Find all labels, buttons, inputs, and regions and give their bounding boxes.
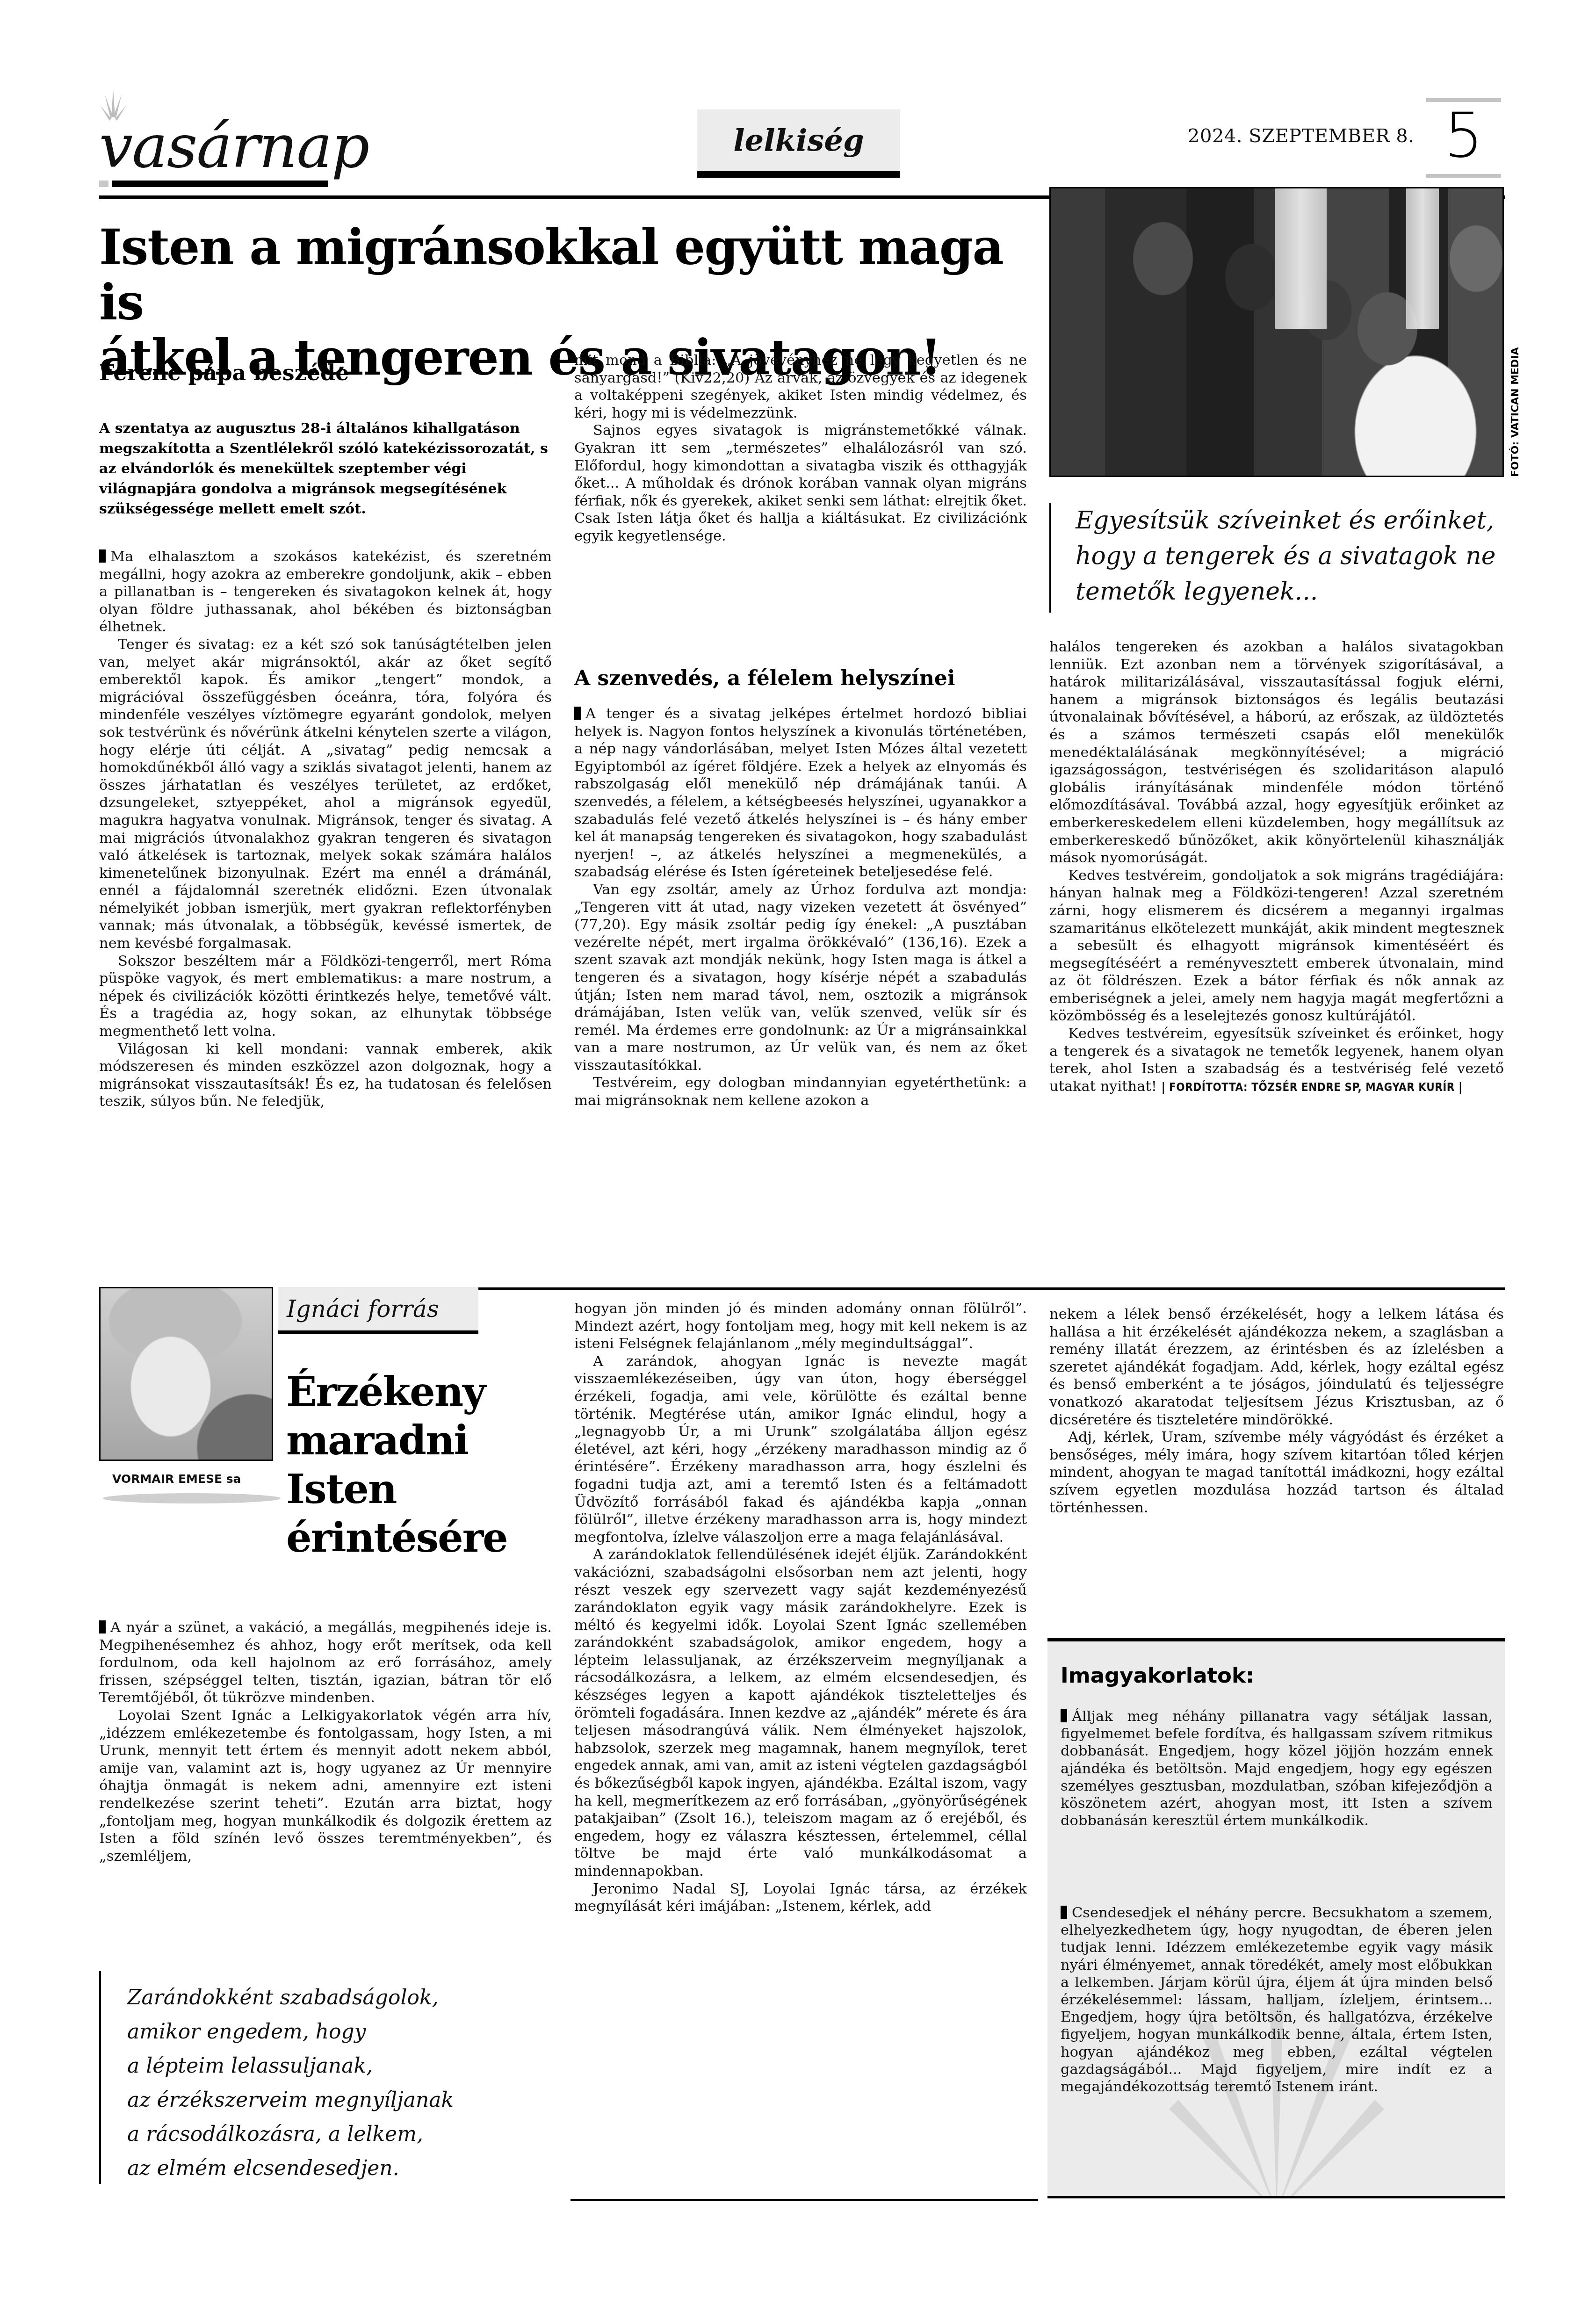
body-paragraph: A nyár a szünet, a vakáció, a megállás, … (99, 1619, 552, 1707)
translator-credit: | FORDÍTOTTA: TŐZSÉR ENDRE SP, MAGYAR KU… (1162, 1081, 1463, 1094)
prayer-exercises-box: Imagyakorlatok: Álljak meg néhány pillan… (1047, 1638, 1505, 2198)
body-paragraph: Világosan ki kell mondani: vannak embere… (99, 1041, 552, 1111)
page-number: 5 (1426, 105, 1501, 166)
body-paragraph: A tenger és a sivatag jelképes értelmet … (574, 705, 1027, 881)
column-bottom-rule (571, 2199, 1038, 2201)
column-label-text: Ignáci forrás (287, 1295, 439, 1323)
headline-line-1: Isten a migránsokkal együtt maga is (99, 218, 1003, 331)
page-number-box: 5 (1426, 98, 1501, 178)
body-paragraph: Adj, kérlek, Uram, szívembe mély vágyódá… (1049, 1429, 1504, 1517)
body-paragraph: Sajnos egyes sivatagok is migránstemetők… (574, 422, 1027, 545)
author-name-shadow (103, 1493, 281, 1503)
pull-quote-line: a rácsodálkozásra, a lelkem, (127, 2117, 552, 2151)
exercise-item-1: Álljak meg néhány pillanatra vagy sétálj… (1061, 1708, 1493, 1829)
body-paragraph: A zarándoklatok fellendülésének idejét é… (574, 1546, 1027, 1880)
body-paragraph: Testvéreim, egy dologban mindannyian egy… (574, 1074, 1027, 1109)
body-paragraph: A zarándok, ahogyan Ignác is nevezte mag… (574, 1353, 1027, 1547)
exercise-text: Csendesedjek el néhány percre. Becsukhat… (1061, 1904, 1493, 2096)
logo-underline-accent (99, 181, 108, 187)
pull-quote-line: az elmém elcsendesedjen. (127, 2151, 552, 2185)
article-column-2: hogyan jön minden jó és minden adomány o… (574, 1300, 1027, 1915)
pull-quote-text: Egyesítsük szíveinket és erőinket, hogy … (1076, 503, 1504, 609)
photo-column-decor (1275, 188, 1327, 329)
body-paragraph: hogyan jön minden jó és minden adomány o… (574, 1300, 1027, 1353)
pull-quote-line: Zarándokként szabadságolok, (127, 1980, 552, 2015)
body-paragraph: Ma elhalasztom a szokásos katekézist, és… (99, 548, 552, 636)
body-paragraph: Van egy zsoltár, amely az Úrhoz fordulva… (574, 881, 1027, 1075)
column-label: Ignáci forrás (278, 1287, 478, 1334)
article-column-1: A nyár a szünet, a vakáció, a megállás, … (99, 1619, 552, 1865)
exercise-text: Álljak meg néhány pillanatra vagy sétálj… (1061, 1708, 1493, 1829)
issue-date: 2024. SZEPTEMBER 8. (1188, 125, 1414, 147)
crosshead: A szenvedés, a félelem helyszínei (574, 666, 955, 690)
body-paragraph: Tenger és sivatag: ez a két szó sok tanú… (99, 636, 552, 953)
pull-quote: Zarándokként szabadságolok, amikor enged… (99, 1971, 552, 2184)
article-photo (1049, 187, 1504, 477)
article-column-1: Ma elhalasztom a szokásos katekézist, és… (99, 548, 552, 1111)
article-column-2: mit mond a Biblia: „A jövevényhez ne lég… (574, 352, 1027, 545)
article-subhead: Ferenc pápa beszéde (99, 360, 349, 385)
article-title: Érzékeny maradni Isten érintésére (286, 1368, 548, 1562)
publication-logo: vasárnap (99, 117, 369, 177)
body-paragraph: halálos tengereken és azokban a halálos … (1049, 638, 1504, 867)
body-paragraph: mit mond a Biblia: „A jövevényhez ne lég… (574, 352, 1027, 422)
body-paragraph: Kedves testvéreim, egyesítsük szíveinket… (1049, 1025, 1504, 1096)
exercises-title: Imagyakorlatok: (1061, 1663, 1254, 1688)
masthead: vasárnap (99, 89, 347, 182)
pull-quote-line: a lépteim lelassuljanak, (127, 2049, 552, 2083)
author-name: VORMAIR EMESE sa (112, 1472, 241, 1486)
article-column-2-continued: A tenger és a sivatag jelképes értelmet … (574, 705, 1027, 1110)
pull-quote-line: amikor engedem, hogy (127, 2015, 552, 2049)
body-paragraph: Sokszor beszéltem már a Földközi-tengerr… (99, 953, 552, 1041)
author-portrait (99, 1287, 273, 1461)
body-paragraph: Jeronimo Nadal SJ, Loyolai Ignác társa, … (574, 1880, 1027, 1915)
pull-quote: Egyesítsük szíveinket és erőinket, hogy … (1049, 503, 1504, 613)
section-label-text: lelkiség (733, 123, 864, 158)
pull-quote-line: az érzékszerveim megnyíljanak (127, 2083, 552, 2117)
body-paragraph: Loyolai Szent Ignác a Lelkigyakorlatok v… (99, 1707, 552, 1865)
photo-credit: FOTÓ: VATICAN MEDIA (1509, 347, 1521, 477)
photo-column-decor (1406, 188, 1439, 329)
body-paragraph: Kedves testvéreim, gondoljatok a sok mig… (1049, 867, 1504, 1025)
article-column-3: halálos tengereken és azokban a halálos … (1049, 638, 1504, 1096)
logo-underline (112, 181, 328, 187)
body-paragraph: nekem a lélek benső érzékelését, hogy a … (1049, 1306, 1504, 1429)
article-lead: A szentatya az augusztus 28-i általános … (99, 419, 548, 519)
article-column-3: nekem a lélek benső érzékelését, hogy a … (1049, 1306, 1504, 1517)
exercise-item-2: Csendesedjek el néhány percre. Becsukhat… (1061, 1904, 1493, 2096)
section-label: lelkiség (697, 109, 900, 178)
page-number-rule-bottom (1426, 174, 1501, 178)
